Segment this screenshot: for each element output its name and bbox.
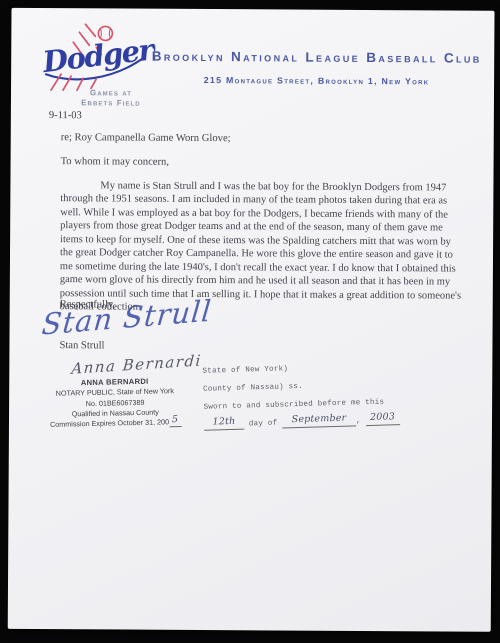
- handwritten-day: 12th: [212, 416, 235, 428]
- dodgers-logo-art: Dodgers: [33, 16, 155, 95]
- dodgers-wordmark: Dodgers: [40, 31, 155, 79]
- stamp-expiry-prefix: Commission Expires October 31, 200: [50, 417, 169, 429]
- anna-bernardi-signature: Anna Bernardi: [71, 351, 203, 377]
- day-blank: 12th: [204, 420, 244, 431]
- ebbets-field-tagline: Games at Ebbets Field: [51, 88, 171, 108]
- notary-jurat: State of New York) County of Nassau) ss.…: [202, 360, 477, 368]
- club-name: Brooklyn National League Baseball Club: [149, 49, 484, 66]
- subject-line: re; Roy Campanella Game Worn Glove;: [61, 132, 231, 144]
- day-of-label: day of: [249, 420, 278, 429]
- jurat-sworn: Sworn to and subscribed before me this: [203, 399, 384, 412]
- signer-typed-name: Stan Strull: [59, 340, 104, 351]
- month-blank: September: [282, 416, 356, 428]
- club-address: 215 Montague Street, Brooklyn 1, New Yor…: [149, 75, 484, 87]
- year-blank: 2003: [365, 415, 399, 426]
- comma: ,: [356, 417, 361, 425]
- photo-background: Dodgers Games at Ebbets Field Brooklyn N…: [0, 0, 500, 643]
- notary-stamp: ANNA BERNARDI NOTARY PUBLIC, State of Ne…: [17, 375, 214, 431]
- jurat-date-line: 12th day of September, 2003: [204, 415, 400, 431]
- letter-body: My name is Stan Strull and I was the bat…: [60, 179, 467, 316]
- handwritten-month: September: [292, 413, 347, 426]
- tagline-line2: Ebbets Field: [51, 98, 171, 108]
- handwritten-expiry-digit: 5: [172, 414, 178, 425]
- jurat-county: County of Nassau) ss.: [203, 383, 303, 394]
- letter-page: Dodgers Games at Ebbets Field Brooklyn N…: [8, 8, 495, 632]
- salutation: To whom it may concern,: [61, 156, 169, 168]
- handwritten-year: 2003: [370, 411, 395, 423]
- expiry-year-blank: 5: [169, 418, 181, 427]
- dodgers-logo: Dodgers: [33, 16, 155, 95]
- jurat-state: State of New York): [202, 365, 288, 375]
- letter-date: 9-11-03: [49, 110, 82, 121]
- letterhead-block: Brooklyn National League Baseball Club 2…: [149, 49, 484, 87]
